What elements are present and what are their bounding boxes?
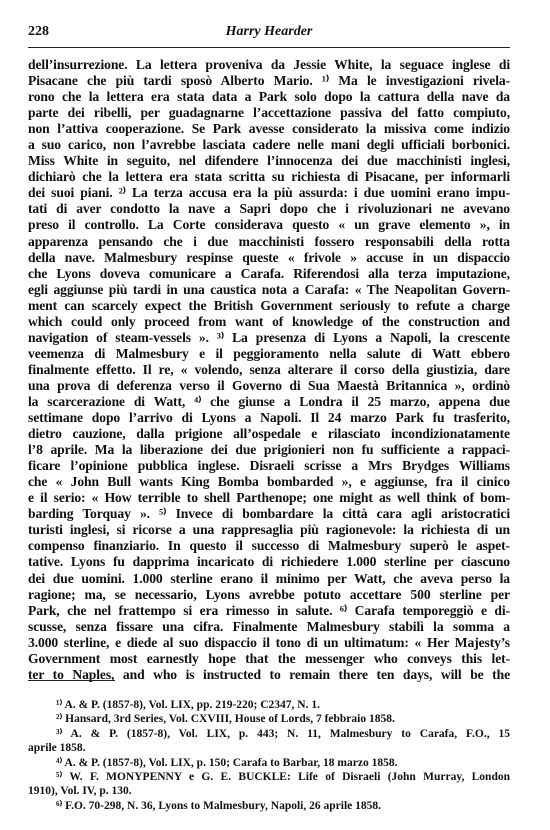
body-line: a suo carico, non l’avrebbe lasciata cad… xyxy=(28,137,510,153)
body-line: navigation of steam-vessels ». ³⁾ La pre… xyxy=(28,330,510,346)
body-line: apparenza pensando che i due macchinisti… xyxy=(28,234,510,250)
body-line: ficare l’opinione pubblica inglese. Disr… xyxy=(28,458,510,474)
body-line: which could only proceed from want of kn… xyxy=(28,314,510,330)
body-line: tati di aver condotto la nave a Sapri do… xyxy=(28,201,510,217)
body-line: la scarcerazione di Watt, ⁴⁾ che giunse … xyxy=(28,394,510,410)
footnote-line: ⁶⁾ F.O. 70-298, N. 36, Lyons to Malmesbu… xyxy=(28,799,510,813)
footnotes: ¹⁾ A. & P. (1857-8), Vol. LIX, pp. 219-2… xyxy=(28,698,510,813)
body-line: egli aggiunse più tardi in una caustica … xyxy=(28,282,510,298)
body-line: che « John Bull wants King Bomba bombard… xyxy=(28,474,510,490)
body-line: Park, che nel frattempo si era rimesso i… xyxy=(28,603,510,619)
body-line: della nave. Malmesbury respinse queste «… xyxy=(28,250,510,266)
body-line: ment can scarcely expect the British Gov… xyxy=(28,298,510,314)
footnote-rule xyxy=(28,680,115,681)
body-line: compenso finanziario. In questo il succe… xyxy=(28,538,510,554)
body-line: dei suoi piani. ²⁾ La terza accusa era l… xyxy=(28,185,510,201)
body-line: parte dei ribelli, per guadagnarne l’acc… xyxy=(28,105,510,121)
body-line: l’8 aprile. Ma la liberazione dei due pr… xyxy=(28,442,510,458)
body-line: tative. Lyons fu dapprima incaricato di … xyxy=(28,554,510,570)
footnote-line: ¹⁾ A. & P. (1857-8), Vol. LIX, pp. 219-2… xyxy=(28,698,510,712)
footnote-line: ³⁾ A. & P. (1857-8), Vol. LIX, p. 443; N… xyxy=(28,727,510,741)
body-line: barding Torquay ». ⁵⁾ Invece di bombarda… xyxy=(28,506,510,522)
body-line: dei due uomini. 1.000 sterline erano il … xyxy=(28,571,510,587)
footnote-line: ⁴⁾ A. & P. (1857-8), Vol. LIX, p. 150; C… xyxy=(28,756,510,770)
footnote-line: ⁵⁾ W. F. MONYPENNY e G. E. BUCKLE: Life … xyxy=(28,770,510,784)
body-line: dichiarò che la lettera era stata scritt… xyxy=(28,169,510,185)
footnote-line: aprile 1858. xyxy=(28,741,510,755)
body-line: dell’insurrezione. La lettera proveniva … xyxy=(28,57,510,73)
body-line: e il serio: « How terrible to shell Part… xyxy=(28,490,510,506)
body-line: turisti inglesi, si ricorse a una rappre… xyxy=(28,522,510,538)
page-header: 228 Harry Hearder xyxy=(28,22,510,48)
body-line: scusse, senza fissare una cifra. Finalme… xyxy=(28,619,510,635)
footnote-line: ²⁾ Hansard, 3rd Series, Vol. CXVIII, Hou… xyxy=(28,712,510,726)
body-line: dietro cauzione, dalla prigione all’ospe… xyxy=(28,426,510,442)
body-line: settimane dopo l’arrivo di Lyons a Napol… xyxy=(28,410,510,426)
body-line: Government most earnestly hope that the … xyxy=(28,651,510,667)
body-line: che Lyons doveva comunicare a Carafa. Ri… xyxy=(28,266,510,282)
body-line: veemenza di Malmesbury e il peggiorament… xyxy=(28,346,510,362)
body-line: ragione; ma, se necessario, Lyons avrebb… xyxy=(28,587,510,603)
body-line: 3.000 sterline, e diede al suo dispaccio… xyxy=(28,635,510,651)
body-line: Miss White in seguito, nel difendere l’i… xyxy=(28,153,510,169)
body-line: rono che la lettera era stata data a Par… xyxy=(28,89,510,105)
body-text: dell’insurrezione. La lettera proveniva … xyxy=(28,57,510,683)
header-rule xyxy=(28,47,510,48)
body-line: una prova di deferenza verso il Governo … xyxy=(28,378,510,394)
footnote-line: 1910), Vol. IV, p. 130. xyxy=(28,784,510,798)
body-line: non l’attiva cooperazione. Se Park avess… xyxy=(28,121,510,137)
running-head: Harry Hearder xyxy=(28,24,510,40)
body-line: Pisacane che più tardi sposò Alberto Mar… xyxy=(28,73,510,89)
body-line: finalmente effetto. Il re, « volendo, se… xyxy=(28,362,510,378)
body-line: preso il controllo. La Corte considerava… xyxy=(28,217,510,233)
